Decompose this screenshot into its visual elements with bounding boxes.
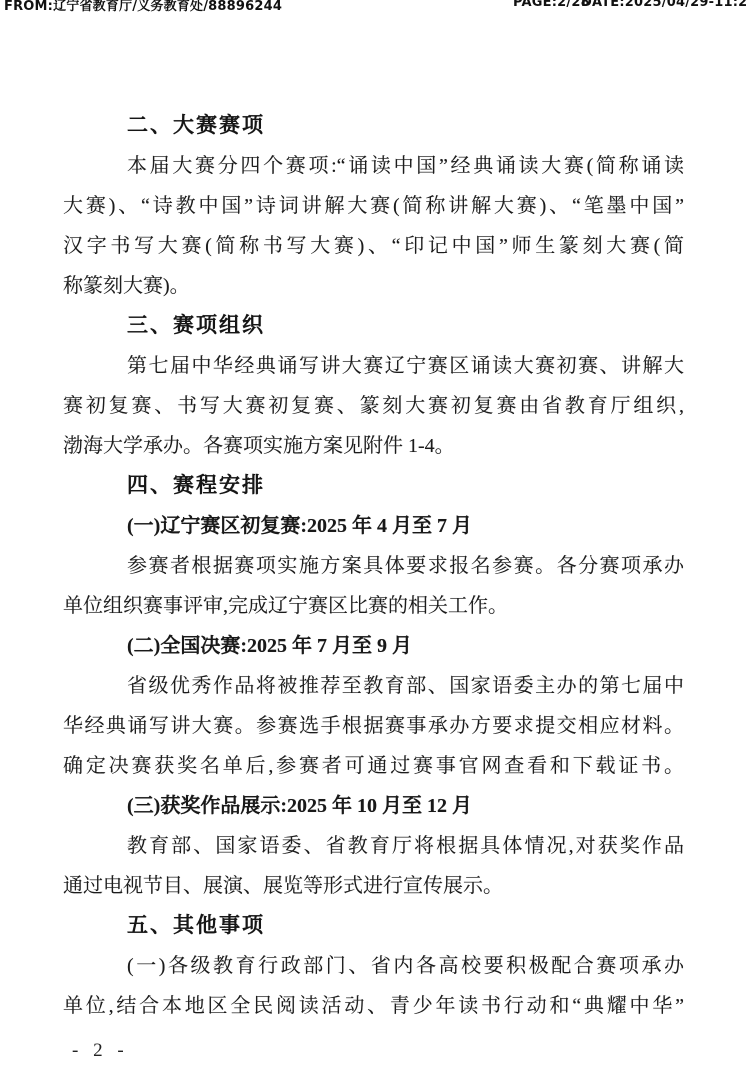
text-line: 四、赛程安排 [63, 466, 684, 506]
text-line: (二)全国决赛:2025 年 7 月至 9 月 [63, 626, 684, 666]
text-line: (一)各级教育行政部门、省内各高校要积极配合赛项承办 [63, 946, 684, 986]
text-line: 参赛者根据赛项实施方案具体要求报名参赛。各分赛项承办 [63, 546, 684, 586]
text-line: (一)辽宁赛区初复赛:2025 年 4 月至 7 月 [63, 506, 684, 546]
text-line: 华经典诵写讲大赛。参赛选手根据赛事承办方要求提交相应材料。 [63, 706, 684, 746]
document-body: 二、大赛赛项本届大赛分四个赛项:“诵读中国”经典诵读大赛(简称诵读大赛)、“诗教… [63, 106, 684, 1026]
text-line: 确定决赛获奖名单后,参赛者可通过赛事官网查看和下载证书。 [63, 746, 684, 786]
paragraph: 教育部、国家语委、省教育厅将根据具体情况,对获奖作品通过电视节目、展演、展览等形… [63, 826, 684, 906]
scanned-fax-page: FROM:辽宁省教育厅/义务教育处/88896244 PAGE:2/28 DAT… [0, 0, 746, 1072]
text-line: 汉字书写大赛(简称书写大赛)、“印记中国”师生篆刻大赛(简 [63, 226, 684, 266]
section-heading: 四、赛程安排 [63, 466, 684, 506]
sub-heading: (一)辽宁赛区初复赛:2025 年 4 月至 7 月 [63, 506, 684, 546]
text-line: 教育部、国家语委、省教育厅将根据具体情况,对获奖作品 [63, 826, 684, 866]
sub-heading: (二)全国决赛:2025 年 7 月至 9 月 [63, 626, 684, 666]
paragraph: 第七届中华经典诵写讲大赛辽宁赛区诵读大赛初赛、讲解大赛初复赛、书写大赛初复赛、篆… [63, 346, 684, 466]
text-line: 本届大赛分四个赛项:“诵读中国”经典诵读大赛(简称诵读 [63, 146, 684, 186]
section-heading: 二、大赛赛项 [63, 106, 684, 146]
text-line: 称篆刻大赛)。 [63, 266, 684, 306]
text-line: 赛初复赛、书写大赛初复赛、篆刻大赛初复赛由省教育厅组织, [63, 386, 684, 426]
text-line: 通过电视节目、展演、展览等形式进行宣传展示。 [63, 866, 684, 906]
paragraph: 省级优秀作品将被推荐至教育部、国家语委主办的第七届中华经典诵写讲大赛。参赛选手根… [63, 666, 684, 786]
fax-date-stamp: DATE:2025/04/29-11:28:37 [581, 0, 746, 10]
paragraph: 本届大赛分四个赛项:“诵读中国”经典诵读大赛(简称诵读大赛)、“诗教中国”诗词讲… [63, 146, 684, 306]
fax-header: FROM:辽宁省教育厅/义务教育处/88896244 PAGE:2/28 DAT… [0, 0, 746, 15]
text-line: 渤海大学承办。各赛项实施方案见附件 1-4。 [63, 426, 684, 466]
text-line: 单位组织赛事评审,完成辽宁赛区比赛的相关工作。 [63, 586, 684, 626]
text-line: 大赛)、“诗教中国”诗词讲解大赛(简称讲解大赛)、“笔墨中国” [63, 186, 684, 226]
text-line: 二、大赛赛项 [63, 106, 684, 146]
text-line: 省级优秀作品将被推荐至教育部、国家语委主办的第七届中 [63, 666, 684, 706]
page-number: - 2 - [72, 1040, 129, 1062]
text-line: 三、赛项组织 [63, 306, 684, 346]
section-heading: 五、其他事项 [63, 906, 684, 946]
paragraph: 参赛者根据赛项实施方案具体要求报名参赛。各分赛项承办单位组织赛事评审,完成辽宁赛… [63, 546, 684, 626]
section-heading: 三、赛项组织 [63, 306, 684, 346]
sub-heading: (三)获奖作品展示:2025 年 10 月至 12 月 [63, 786, 684, 826]
fax-from-line: FROM:辽宁省教育厅/义务教育处/88896244 [4, 0, 282, 14]
text-line: (三)获奖作品展示:2025 年 10 月至 12 月 [63, 786, 684, 826]
fax-page-indicator: PAGE:2/28 [513, 0, 590, 10]
text-line: 第七届中华经典诵写讲大赛辽宁赛区诵读大赛初赛、讲解大 [63, 346, 684, 386]
text-line: 单位,结合本地区全民阅读活动、青少年读书行动和“典耀中华” [63, 986, 684, 1026]
text-line: 五、其他事项 [63, 906, 684, 946]
paragraph: (一)各级教育行政部门、省内各高校要积极配合赛项承办单位,结合本地区全民阅读活动… [63, 946, 684, 1026]
